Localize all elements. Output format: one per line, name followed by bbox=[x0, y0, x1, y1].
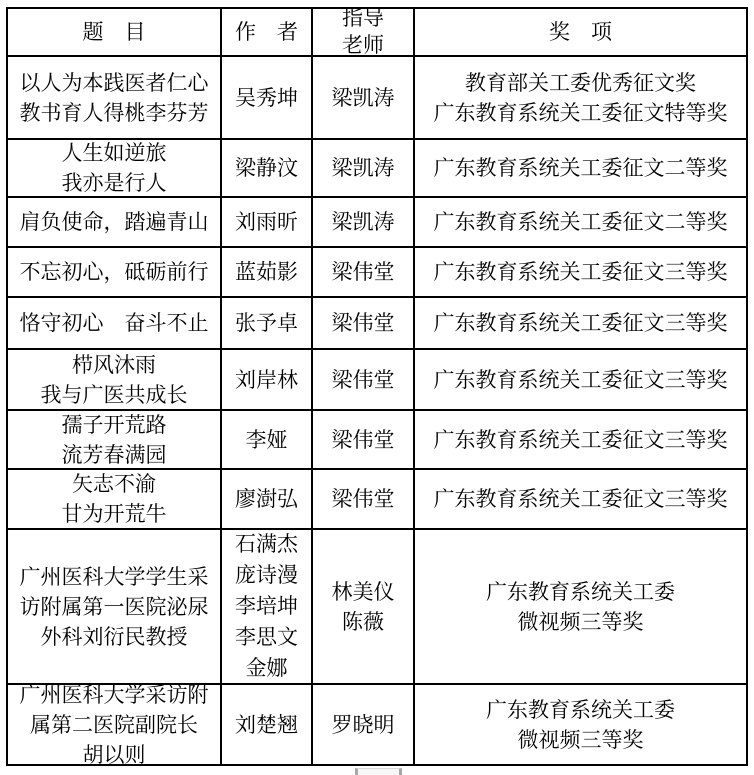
award-cell: 教育部关工委优秀征文奖 广东教育系统关工委征文特等奖 bbox=[415, 57, 746, 140]
author-cell: 梁静汶 bbox=[222, 140, 313, 198]
author-cell: 蓝茹影 bbox=[222, 248, 313, 298]
author-cell: 张予卓 bbox=[222, 298, 313, 350]
author-cell: 刘雨昕 bbox=[222, 198, 313, 248]
header-cell-advisor: 指导 老师 bbox=[313, 9, 415, 57]
header-cell-title: 题 目 bbox=[8, 9, 222, 57]
advisor-cell: 林美仪 陈薇 bbox=[313, 530, 415, 685]
award-cell: 广东教育系统关工委 微视频三等奖 bbox=[415, 530, 746, 685]
award-cell: 广东教育系统关工委征文三等奖 bbox=[415, 350, 746, 411]
author-cell: 廖澍弘 bbox=[222, 470, 313, 530]
page-break-cell-artifact bbox=[355, 768, 402, 775]
award-cell: 广东教育系统关工委征文二等奖 bbox=[415, 140, 746, 198]
title-cell: 恪守初心 奋斗不止 bbox=[8, 298, 222, 350]
header-cell-award: 奖 项 bbox=[415, 9, 746, 57]
advisor-cell: 梁伟堂 bbox=[313, 350, 415, 411]
title-cell: 孺子开荒路 流芳春满园 bbox=[8, 411, 222, 470]
title-cell: 肩负使命，踏遍青山 bbox=[8, 198, 222, 248]
awards-table: 题 目 作 者 指导 老师 奖 项 以人为本践医者仁心 教书育人得桃李芬芳 吴秀… bbox=[6, 7, 748, 766]
author-cell: 李娅 bbox=[222, 411, 313, 470]
title-cell: 以人为本践医者仁心 教书育人得桃李芬芳 bbox=[8, 57, 222, 140]
title-cell: 矢志不渝 甘为开荒牛 bbox=[8, 470, 222, 530]
award-cell: 广东教育系统关工委征文三等奖 bbox=[415, 298, 746, 350]
author-cell: 吴秀坤 bbox=[222, 57, 313, 140]
award-cell: 广东教育系统关工委征文三等奖 bbox=[415, 411, 746, 470]
advisor-cell: 梁伟堂 bbox=[313, 470, 415, 530]
title-cell: 栉风沐雨 我与广医共成长 bbox=[8, 350, 222, 411]
advisor-cell: 梁伟堂 bbox=[313, 298, 415, 350]
advisor-cell: 梁凯涛 bbox=[313, 140, 415, 198]
title-cell: 不忘初心，砥砺前行 bbox=[8, 248, 222, 298]
advisor-cell: 梁凯涛 bbox=[313, 57, 415, 140]
award-cell: 广东教育系统关工委征文二等奖 bbox=[415, 198, 746, 248]
author-cell: 石满杰 庞诗漫 李培坤 李思文 金娜 bbox=[222, 530, 313, 685]
advisor-cell: 罗晓明 bbox=[313, 685, 415, 764]
author-cell: 刘楚翘 bbox=[222, 685, 313, 764]
document-page: 题 目 作 者 指导 老师 奖 项 以人为本践医者仁心 教书育人得桃李芬芳 吴秀… bbox=[0, 0, 754, 775]
advisor-cell: 梁伟堂 bbox=[313, 248, 415, 298]
author-cell: 刘岸林 bbox=[222, 350, 313, 411]
title-cell: 人生如逆旅 我亦是行人 bbox=[8, 140, 222, 198]
advisor-cell: 梁伟堂 bbox=[313, 411, 415, 470]
award-cell: 广东教育系统关工委征文三等奖 bbox=[415, 248, 746, 298]
award-cell: 广东教育系统关工委征文三等奖 bbox=[415, 470, 746, 530]
advisor-cell: 梁凯涛 bbox=[313, 198, 415, 248]
header-cell-author: 作 者 bbox=[222, 9, 313, 57]
title-cell: 广州医科大学采访附 属第二医院副院长 胡以则 bbox=[8, 685, 222, 764]
award-cell: 广东教育系统关工委 微视频三等奖 bbox=[415, 685, 746, 764]
title-cell: 广州医科大学学生采 访附属第一医院泌尿 外科刘衍民教授 bbox=[8, 530, 222, 685]
